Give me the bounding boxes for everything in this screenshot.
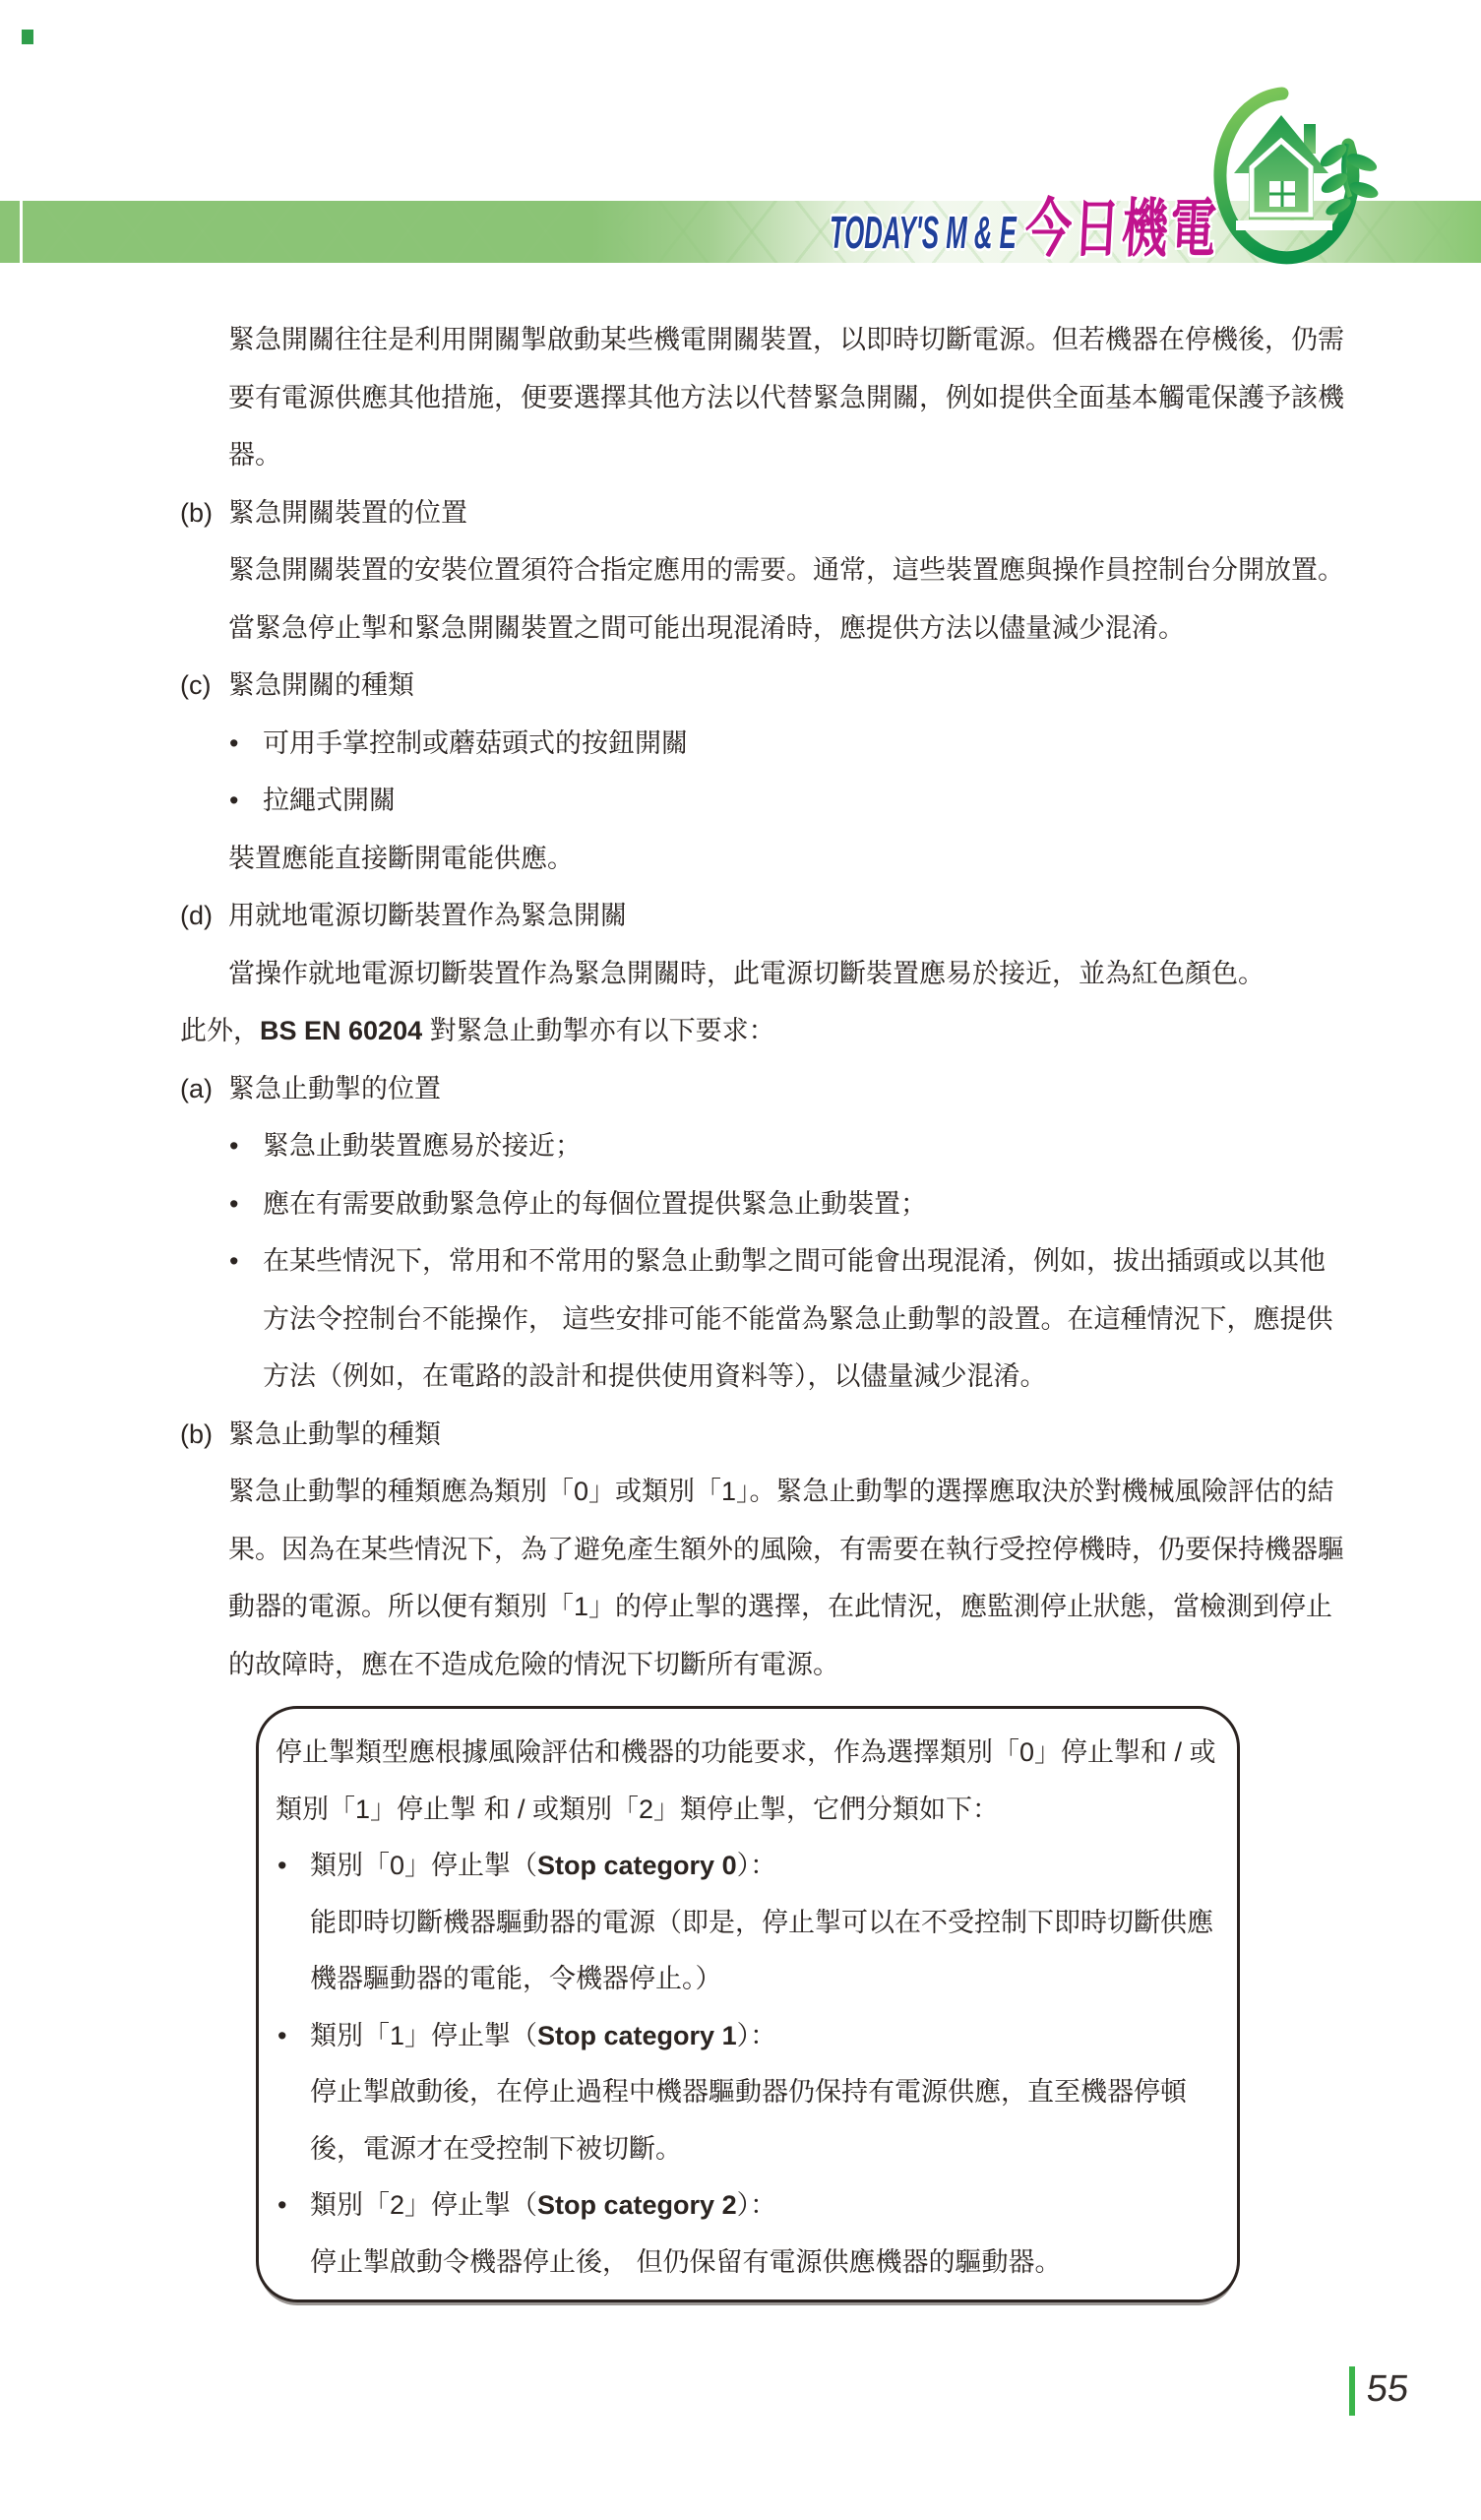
text-line: 要有電源供應其他措施，便要選擇其他方法以代替緊急開關，例如提供全面基本觸電保護予… [228, 369, 1344, 427]
header-band-left-strip [0, 201, 20, 263]
labeled-heading-line: (d)用就地電源切斷裝置作為緊急開關 [180, 887, 627, 945]
bullet-line: •應在有需要啟動緊急停止的每個位置提供緊急止動裝置； [229, 1175, 927, 1233]
text-line: 的故障時，應在不造成危險的情況下切斷所有電源。 [228, 1636, 839, 1694]
bullet-line: 停止掣啟動後，在停止過程中機器驅動器仍保持有電源供應，直至機器停頓 [310, 2064, 1187, 2121]
text-line: 緊急開關往往是利用開關掣啟動某些機電開關裝置，以即時切斷電源。但若機器在停機後，… [228, 311, 1344, 369]
bullet-line: •拉繩式開關 [229, 772, 396, 830]
bullet-marker: • [229, 1117, 263, 1175]
text-line: 器。 [228, 426, 281, 484]
bullet-marker: • [229, 1175, 263, 1233]
text-line: 裝置應能直接斷開電能供應。 [228, 830, 574, 888]
bullet-marker: • [229, 715, 263, 773]
labeled-heading-line: (b)緊急止動掣的種類 [180, 1406, 441, 1464]
page-corner-mark [22, 30, 33, 44]
list-item-label: (b) [180, 1406, 228, 1464]
bullet-line: •緊急止動裝置應易於接近； [229, 1117, 582, 1175]
text-line: 此外，BS EN 60204 對緊急止動掣亦有以下要求： [180, 1002, 775, 1060]
stop-category-callout-box: 停止掣類型應根據風險評估和機器的功能要求，作為選擇類別「0」停止掣和 / 或類別… [256, 1706, 1240, 2302]
text-line: 果。因為在某些情況下，為了避免產生額外的風險，有需要在執行受控停機時，仍要保持機… [228, 1521, 1344, 1579]
bullet-line: 停止掣啟動令機器停止後， 但仍保留有電源供應機器的驅動器。 [310, 2235, 1062, 2292]
list-item-label: (a) [180, 1060, 228, 1118]
brand-todays-me: TODAY'S M & E [830, 209, 1017, 256]
bullet-line: •類別「2」停止掣（Stop category 2）： [278, 2177, 776, 2235]
text-line: 緊急開關裝置的安裝位置須符合指定應用的需要。通常，這些裝置應與操作員控制台分開放… [228, 541, 1344, 599]
text-line: 停止掣類型應根據風險評估和機器的功能要求，作為選擇類別「0」停止掣和 / 或 [276, 1725, 1216, 1782]
magazine-document-page: TODAY'S M & E 今日機電 [0, 0, 1481, 2520]
house-icon [1234, 115, 1332, 230]
page-number-bar [1349, 2366, 1355, 2416]
bullet-line: •類別「1」停止掣（Stop category 1）： [278, 2008, 776, 2065]
bullet-marker: • [278, 2177, 310, 2235]
green-eco-house-logo [1212, 85, 1382, 266]
text-line: 類別「1」停止掣 和 / 或類別「2」類停止掣，它們分類如下： [276, 1782, 999, 1839]
list-item-label: (d) [180, 887, 228, 945]
labeled-heading-line: (c)緊急開關的種類 [180, 657, 414, 715]
bullet-line: •可用手掌控制或蘑菇頭式的按鈕開關 [229, 715, 688, 773]
labeled-heading-line: (b)緊急開關裝置的位置 [180, 484, 467, 542]
bullet-line: •類別「0」停止掣（Stop category 0）： [278, 1838, 776, 1895]
bullet-marker: • [278, 1838, 310, 1895]
text-line: 動器的電源。所以便有類別「1」的停止掣的選擇，在此情況，應監測停止狀態，當檢測到… [228, 1578, 1332, 1636]
brand-chinese-title: 今日機電 [1023, 196, 1219, 260]
bullet-marker: • [229, 1232, 263, 1291]
text-line: 當操作就地電源切斷裝置作為緊急開關時，此電源切斷裝置應易於接近，並為紅色顏色。 [228, 945, 1265, 1003]
list-item-label: (b) [180, 484, 228, 542]
bullet-line: 方法（例如，在電路的設計和提供使用資料等），以儘量減少混淆。 [263, 1348, 1047, 1406]
bullet-line: 方法令控制台不能操作， 這些安排可能不能當為緊急止動掣的設置。在這種情況下，應提… [263, 1291, 1333, 1349]
bullet-marker: • [278, 2008, 310, 2065]
page-number: 55 [1364, 2368, 1411, 2411]
bullet-marker: • [229, 772, 263, 830]
labeled-heading-line: (a)緊急止動掣的位置 [180, 1060, 441, 1118]
list-item-label: (c) [180, 657, 228, 715]
bullet-line: 後，電源才在受控制下被切斷。 [310, 2121, 682, 2178]
text-line: 當緊急停止掣和緊急開關裝置之間可能出現混淆時，應提供方法以儘量減少混淆。 [228, 599, 1185, 658]
bullet-line: 機器驅動器的電能，令機器停止。） [310, 1951, 722, 2008]
bullet-line: 能即時切斷機器驅動器的電源（即是，停止掣可以在不受控制下即時切斷供應 [310, 1895, 1213, 1952]
bullet-line: •在某些情況下，常用和不常用的緊急止動掣之間可能會出現混淆，例如，拔出插頭或以其… [229, 1232, 1326, 1291]
text-line: 緊急止動掣的種類應為類別「0」或類別「1」。緊急止動掣的選擇應取決於對機械風險評… [228, 1463, 1334, 1521]
